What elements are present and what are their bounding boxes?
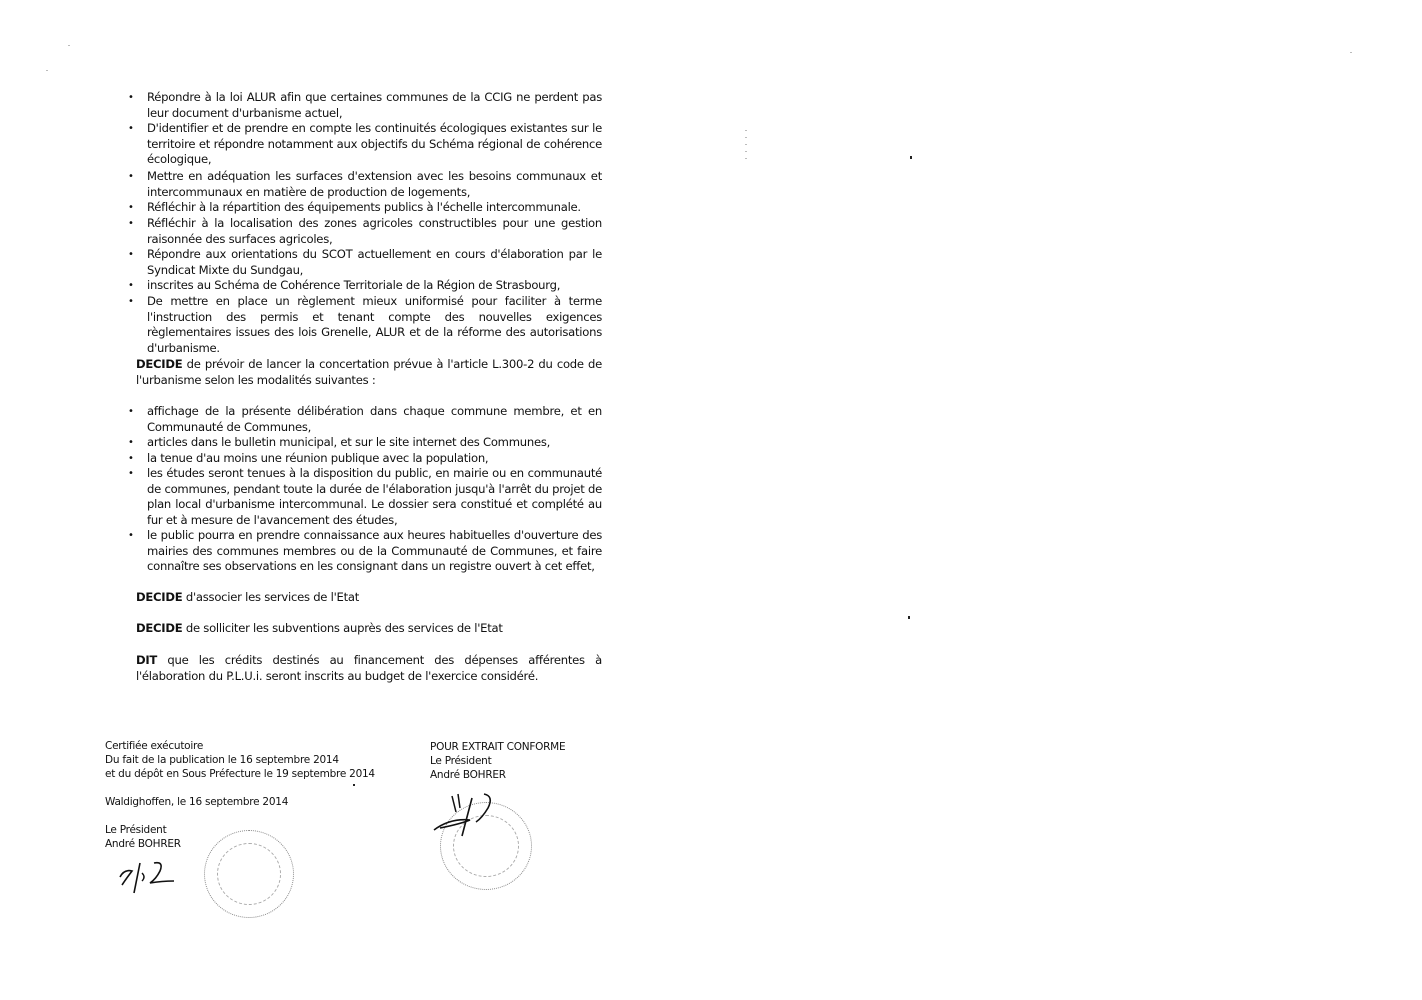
scan-mark — [910, 156, 912, 159]
signatory-name: André BOHRER — [105, 837, 181, 851]
scan-mark — [353, 784, 355, 786]
decide-keyword: DECIDE — [136, 357, 182, 371]
decide-concertation-paragraph: DECIDE de prévoir de lancer la concertat… — [136, 357, 602, 388]
bullet-icon: • — [128, 200, 134, 216]
list-item: D'identifier et de prendre en compte les… — [147, 121, 602, 168]
certification-line: et du dépôt en Sous Préfecture le 19 sep… — [105, 767, 375, 781]
list-item: le public pourra en prendre connaissance… — [147, 528, 602, 575]
bullet-icon: • — [128, 404, 134, 420]
scan-speck — [745, 137, 747, 138]
list-item: De mettre en place un règlement mieux un… — [147, 294, 602, 356]
scan-speck — [745, 158, 747, 159]
list-item: affichage de la présente délibération da… — [147, 404, 602, 435]
signatory-role: Le Président — [430, 754, 491, 768]
list-item: articles dans le bulletin municipal, et … — [147, 435, 602, 451]
bullet-icon: • — [128, 169, 134, 185]
list-item: Réfléchir à la localisation des zones ag… — [147, 216, 602, 247]
dit-keyword: DIT — [136, 653, 157, 667]
list-item: Répondre aux orientations du SCOT actuel… — [147, 247, 602, 278]
decide-keyword: DECIDE — [136, 590, 182, 604]
list-item: la tenue d'au moins une réunion publique… — [147, 451, 602, 467]
decide-text: de prévoir de lancer la concertation pré… — [136, 357, 602, 387]
signature-icon — [430, 790, 510, 840]
bullet-icon: • — [128, 216, 134, 232]
scanned-document-page: • Répondre à la loi ALUR afin que certai… — [0, 0, 1422, 1000]
bullet-icon: • — [128, 435, 134, 451]
certification-line: Certifiée exécutoire — [105, 739, 203, 753]
scan-mark — [908, 616, 910, 619]
place-date: Waldighoffen, le 16 septembre 2014 — [105, 795, 288, 809]
dit-credits-paragraph: DIT que les crédits destinés au financem… — [136, 653, 602, 684]
list-item: les études seront tenues à la dispositio… — [147, 466, 602, 528]
scan-speck — [46, 70, 48, 71]
extract-title: POUR EXTRAIT CONFORME — [430, 740, 565, 754]
official-seal-icon — [204, 830, 294, 918]
decide-subsidies-paragraph: DECIDE de solliciter les subventions aup… — [136, 621, 602, 637]
bullet-icon: • — [128, 451, 134, 467]
decide-associate-paragraph: DECIDE d'associer les services de l'Etat — [136, 590, 602, 606]
scan-speck — [68, 45, 70, 46]
bullet-icon: • — [128, 294, 134, 310]
decide-keyword: DECIDE — [136, 621, 182, 635]
list-item: Réfléchir à la répartition des équipemen… — [147, 200, 602, 216]
signatory-name: André BOHRER — [430, 768, 506, 782]
list-item: inscrites au Schéma de Cohérence Territo… — [147, 278, 602, 294]
signatory-role: Le Président — [105, 823, 166, 837]
scan-speck — [1350, 52, 1352, 53]
dit-text: que les crédits destinés au financement … — [136, 653, 602, 683]
bullet-icon: • — [128, 247, 134, 263]
list-item: Répondre à la loi ALUR afin que certaine… — [147, 90, 602, 121]
list-item: Mettre en adéquation les surfaces d'exte… — [147, 169, 602, 200]
bullet-icon: • — [128, 278, 134, 294]
bullet-icon: • — [128, 90, 134, 106]
certification-line: Du fait de la publication le 16 septembr… — [105, 753, 339, 767]
scan-speck — [745, 130, 747, 131]
decide-text: d'associer les services de l'Etat — [182, 590, 359, 604]
bullet-icon: • — [128, 466, 134, 482]
signature-icon — [112, 855, 182, 895]
scan-speck — [745, 144, 747, 145]
decide-text: de solliciter les subventions auprès des… — [182, 621, 502, 635]
bullet-icon: • — [128, 121, 134, 137]
scan-speck — [745, 151, 747, 152]
bullet-icon: • — [128, 528, 134, 544]
